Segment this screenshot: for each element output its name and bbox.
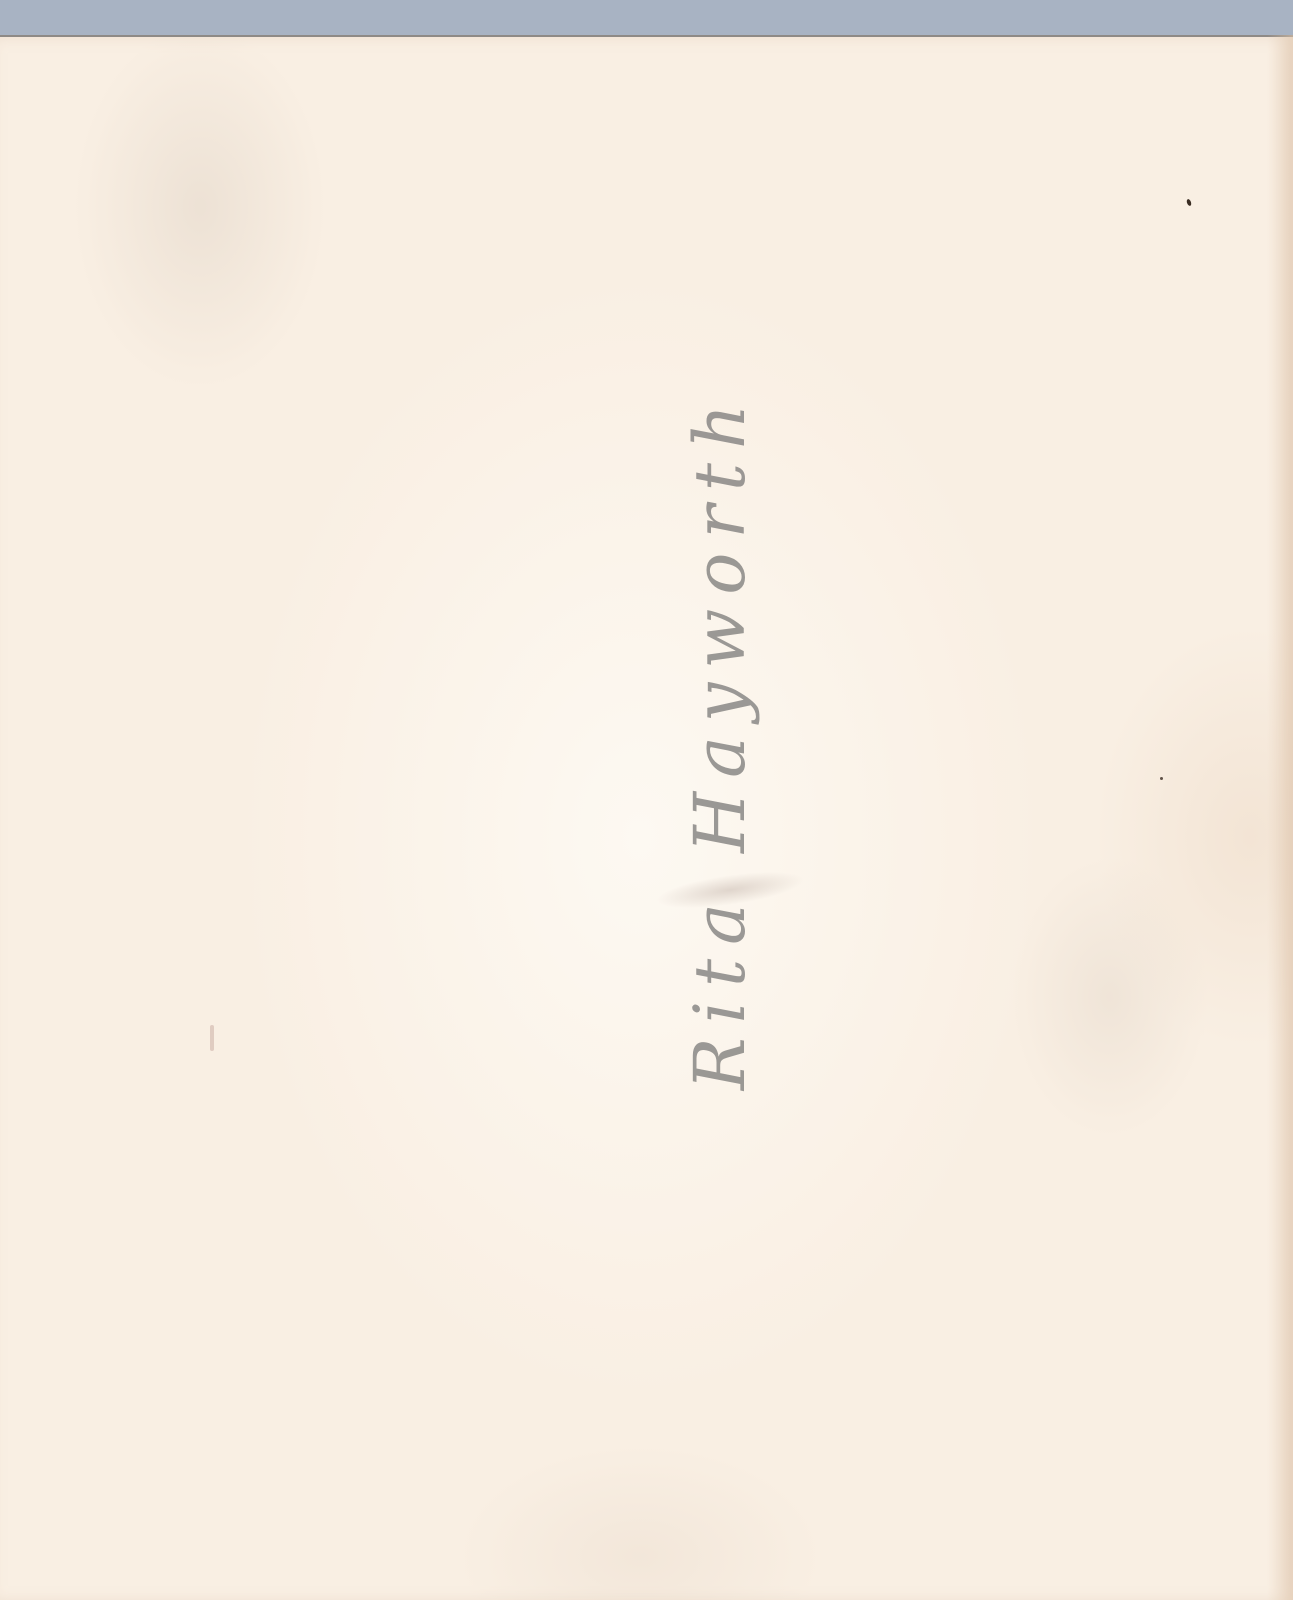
photo-scene: Rita Hayworth	[0, 0, 1293, 1600]
stain-mark	[210, 1025, 214, 1051]
dirt-speck	[1160, 777, 1163, 780]
handwritten-inscription: Rita Hayworth	[679, 390, 761, 1090]
paper-edge-discoloration	[1267, 35, 1293, 1600]
photo-print-back	[0, 35, 1293, 1600]
